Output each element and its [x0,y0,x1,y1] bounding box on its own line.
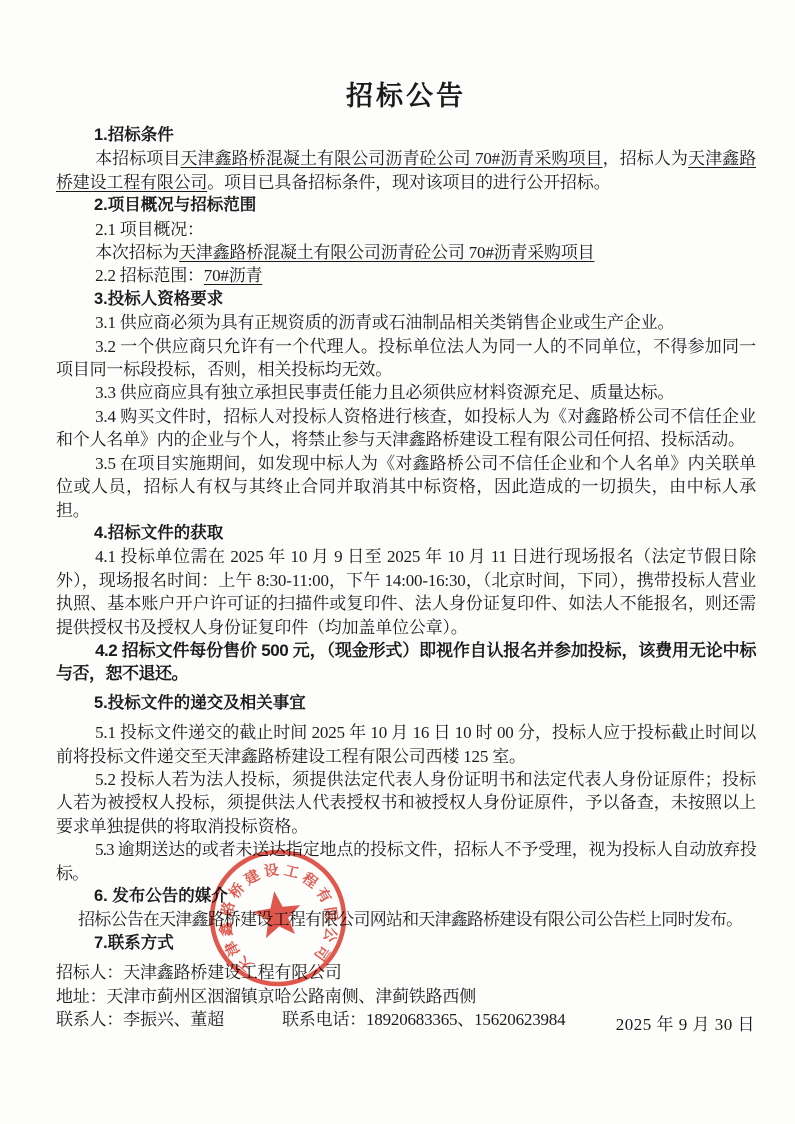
para-2-1-text-a: 本次招标为 [95,243,179,262]
scope-underlined: 70#沥青 [204,266,263,285]
para-1-1: 本招标项目天津鑫路桥混凝土有限公司沥青砼公司 70#沥青采购项目，招标人为天津鑫… [56,147,756,194]
para-4-2: 4.2 招标文件每份售价 500 元，（现金形式）即视作自认报名并参加投标，该费… [56,639,756,686]
para-3-3: 3.3 供应商应具有独立承担民事责任能力且必须供应材料资源充足、质量达标。 [56,381,756,404]
section-5-heading: 5.投标文件的递交及相关事宜 [56,692,756,715]
document-body: 招标公告 1.招标条件 本招标项目天津鑫路桥混凝土有限公司沥青砼公司 70#沥青… [56,74,756,1031]
contact-address-line: 地址：天津市蓟州区洇溜镇京哈公路南侧、津蓟铁路西侧 [56,985,756,1008]
para-5-1: 5.1 投标文件递交的截止时间 2025 年 10 月 16 日 10 时 00… [56,721,756,768]
para-1-1-text-b: ，招标人为 [603,149,688,168]
section-3-heading: 3.投标人资格要求 [56,288,756,311]
contact-phone: 联系电话：18920683365、15620623984 [282,1010,565,1029]
para-1-1-text-c: 。项目已具备招标条件，现对该项目的进行公开招标。 [207,173,610,192]
scanned-document-page: 招标公告 1.招标条件 本招标项目天津鑫路桥混凝土有限公司沥青砼公司 70#沥青… [0,0,795,1124]
para-2-1-label: 2.1 项目概况： [56,218,756,241]
section-1-heading: 1.招标条件 [56,124,756,147]
document-date: 2025 年 9 月 30 日 [616,1010,755,1035]
para-5-3: 5.3 逾期送达的或者未送达指定地点的投标文件，招标人不予受理，视为投标人自动放… [56,838,756,885]
section-7-heading: 7.联系方式 [56,932,756,955]
para-3-5: 3.5 在项目实施期间，如发现中标人为《对鑫路桥公司不信任企业和个人名单》内关联… [56,452,756,522]
contact-tenderer-line: 招标人：天津鑫路桥建设工程有限公司 [56,961,756,984]
para-4-1: 4.1 投标单位需在 2025 年 10 月 9 日至 2025 年 10 月 … [56,545,756,639]
para-3-4: 3.4 购买文件时，招标人对投标人资格进行核查，如投标人为《对鑫路桥公司不信任企… [56,405,756,452]
contact-person: 联系人：李振兴、董超 [56,1010,224,1029]
project-name-underlined-2: 天津鑫路桥混凝土有限公司沥青砼公司 70#沥青采购项目 [179,243,594,262]
para-2-2: 2.2 招标范围：70#沥青 [56,264,756,287]
section-2-heading: 2.项目概况与招标范围 [56,194,756,217]
section-6-heading: 6. 发布公告的媒介 [56,885,756,908]
para-6-1: 招标公告在天津鑫路桥建设工程有限公司网站和天津鑫路桥建设有限公司公告栏上同时发布… [56,908,756,931]
para-3-2: 3.2 一个供应商只允许有一个代理人。投标单位法人为同一人的不同单位，不得参加同… [56,335,756,382]
para-5-2: 5.2 投标人若为法人投标，须提供法定代表人身份证明书和法定代表人身份证原件；投… [56,768,756,838]
para-3-1: 3.1 供应商必须为具有正规资质的沥青或石油制品相关类销售企业或生产企业。 [56,311,756,334]
para-2-1-body: 本次招标为天津鑫路桥混凝土有限公司沥青砼公司 70#沥青采购项目 [56,241,756,264]
para-1-1-text-a: 本招标项目 [95,149,180,168]
page-title: 招标公告 [56,74,756,113]
para-2-2-text-a: 2.2 招标范围： [95,266,204,285]
section-4-heading: 4.招标文件的获取 [56,522,756,545]
project-name-underlined: 天津鑫路桥混凝土有限公司沥青砼公司 70#沥青采购项目 [180,149,602,168]
